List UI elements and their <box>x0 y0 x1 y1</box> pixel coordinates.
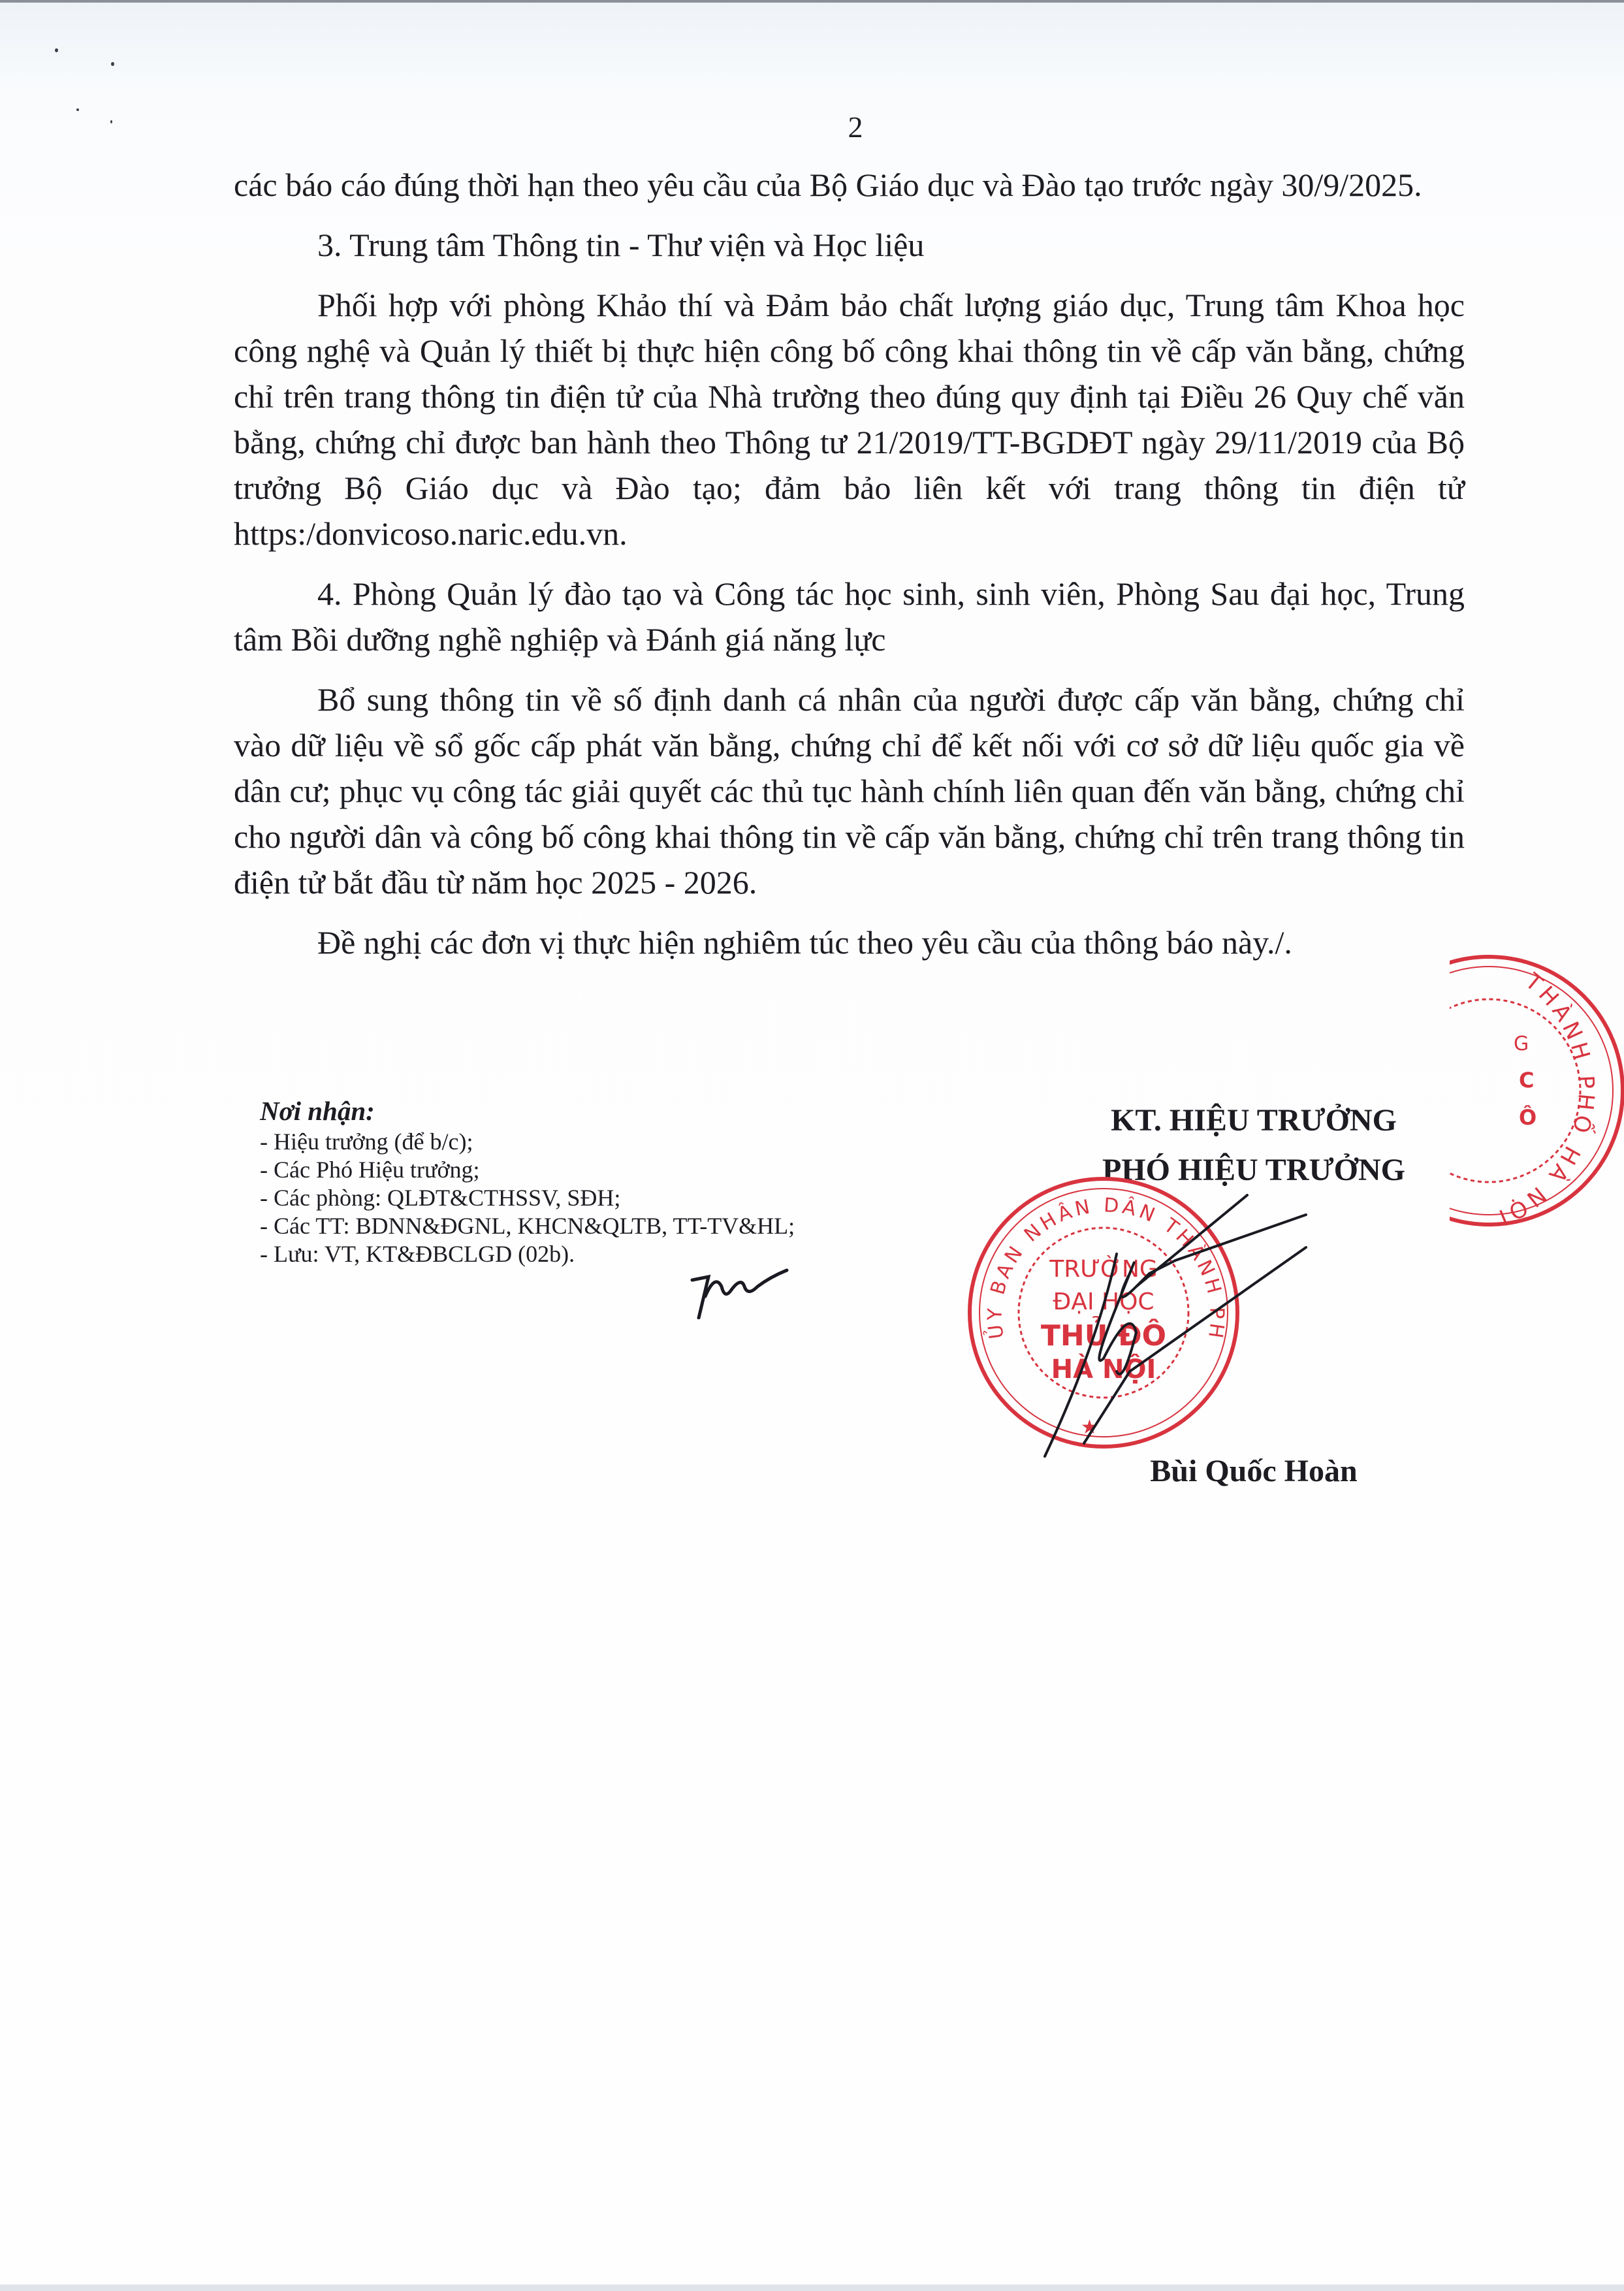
recipient-item: - Các Phó Hiệu trưởng; <box>260 1156 795 1184</box>
scan-bottom-edge <box>0 2284 1624 2291</box>
svg-text:G: G <box>1514 1033 1529 1055</box>
signer-name: Bùi Quốc Hoàn <box>1025 1453 1482 1489</box>
handwritten-signature-icon <box>1032 1176 1424 1476</box>
svg-text:C: C <box>1519 1068 1534 1093</box>
section-heading-4: 4. Phòng Quản lý đào tạo và Công tác học… <box>234 571 1465 662</box>
scanned-page: 2 các báo cáo đúng thời hạn theo yêu cầu… <box>0 0 1624 2291</box>
svg-text:THÀNH PHỐ HÀ NỘI: THÀNH PHỐ HÀ NỘI <box>1491 968 1600 1228</box>
svg-text:Ô: Ô <box>1519 1104 1536 1130</box>
recipient-item: - Hiệu trưởng (để b/c); <box>260 1128 795 1156</box>
recipient-item: - Các TT: BDNN&ĐGNL, KHCN&QLTB, TT-TV&HL… <box>260 1212 795 1240</box>
recipients-block: Nơi nhận: - Hiệu trưởng (để b/c); - Các … <box>260 1094 795 1268</box>
paragraph-section-4: Bổ sung thông tin về số định danh cá nhâ… <box>234 677 1465 905</box>
paragraph-section-3: Phối hợp với phòng Khảo thí và Đảm bảo c… <box>234 282 1465 556</box>
scan-speck <box>55 48 58 52</box>
signature-title-line1: KT. HIỆU TRƯỞNG <box>1025 1091 1482 1151</box>
document-body: các báo cáo đúng thời hạn theo yêu cầu c… <box>234 162 1465 965</box>
recipients-list: - Hiệu trưởng (để b/c); - Các Phó Hiệu t… <box>260 1128 795 1268</box>
recipients-title: Nơi nhận: <box>260 1094 795 1128</box>
section-heading-3: 3. Trung tâm Thông tin - Thư viện và Học… <box>234 222 1465 268</box>
recipient-item: - Các phòng: QLĐT&CTHSSV, SĐH; <box>260 1184 795 1212</box>
initials-mark-icon <box>686 1260 790 1319</box>
page-number: 2 <box>0 110 1624 144</box>
paragraph-continuation: các báo cáo đúng thời hạn theo yêu cầu c… <box>234 162 1465 208</box>
scan-top-edge <box>0 0 1624 3</box>
closing-request: Đề nghị các đơn vị thực hiện nghiêm túc … <box>234 920 1465 965</box>
scan-speck <box>111 62 114 66</box>
